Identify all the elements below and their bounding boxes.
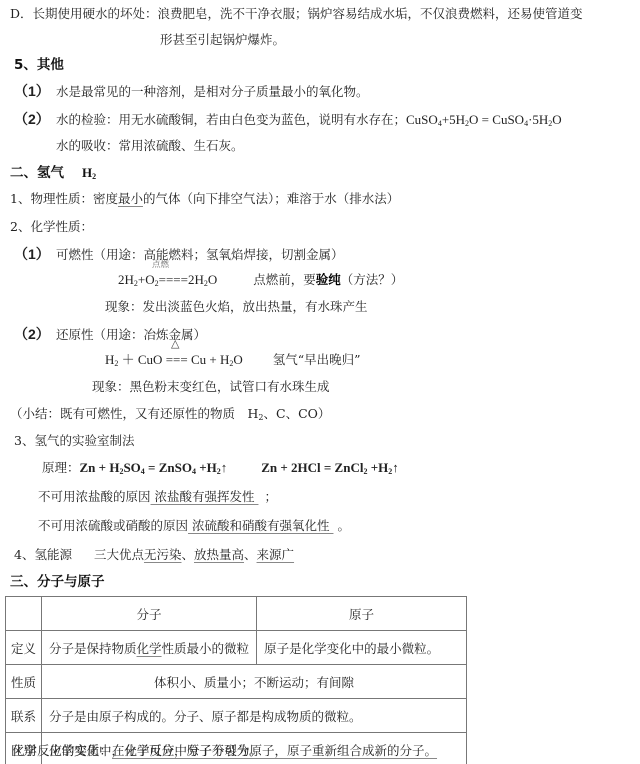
section-5-item-1: （1）水是最常见的一种溶剂，是相对分子质量最小的氧化物。 (14, 83, 369, 100)
relation-cell: 分子是由原子构成的。分子、原子都是构成物质的微粒。 (42, 699, 467, 733)
underlined-answer: 浓盐酸有强挥发性 (151, 489, 259, 504)
table-header-molecule: 分子 (42, 597, 257, 631)
table-row: 定义 分子是保持物质化学性质最小的微粒 原子是化学变化中的最小微粒。 (6, 631, 467, 665)
item-text: 水是最常见的一种溶剂，是相对分子质量最小的氧化物。 (56, 84, 369, 99)
physical-properties: 1、物理性质：密度最小的气体（向下排空气法）；难溶于水（排水法） (10, 191, 399, 207)
reduction-phenomenon: 现象：黑色粉末变红色，试管口有水珠生成 (92, 379, 330, 395)
atom-definition: 原子是化学变化中的最小微粒。 (257, 631, 467, 665)
reason-no-hcl: 不可用浓盐酸的原因 浓盐酸有强挥发性 ； (38, 489, 277, 505)
table-header-empty (6, 597, 42, 631)
table-header-atom: 原子 (257, 597, 467, 631)
row-label: 联系 (6, 699, 42, 733)
copper-sulfate-formula: CuSO4+5H2O = CuSO4·5H2O (406, 112, 562, 127)
hard-water-harm-line1: D．长期使用硬水的坏处：浪费肥皂，洗不干净衣服；锅炉容易结成水垢，不仅浪费燃料，… (10, 6, 583, 22)
purity-check-note: 点燃前，要验纯（方法？） (253, 272, 403, 287)
item-text: 可燃性（用途：高能燃料；氢氧焰焊接，切割金属） (56, 247, 344, 262)
hydrogen-energy-line: 4、氢能源三大优点无污染、放热量高、来源广 (14, 547, 294, 563)
heading-text: 二、氢气 (10, 165, 64, 181)
combustion-phenomenon: 现象：发出淡蓝色火焰，放出热量，有水珠产生 (105, 299, 368, 315)
properties-cell: 体积小、质量小；不断运动；有间隙 (42, 665, 467, 699)
chemical-properties-title: 2、化学性质： (10, 219, 93, 235)
table-row: 性质 体积小、质量小；不断运动；有间隙 (6, 665, 467, 699)
hydrogen-heading: 二、氢气H2 (10, 165, 96, 181)
molecule-atom-table: 分子 原子 定义 分子是保持物质化学性质最小的微粒 原子是化学变化中的最小微粒。… (5, 596, 467, 764)
reduction-note: 氢气“早出晚归” (273, 352, 361, 367)
row-label: 性质 (6, 665, 42, 699)
item-number: （2） (14, 111, 56, 127)
lab-prep-title: 3、氢气的实验室制法 (14, 433, 134, 449)
underlined-answer: 浓硫酸和硝酸有强氧化性 (188, 518, 333, 533)
lab-prep-principle: 原理：Zn + H2SO4 = ZnSO4 +H2↑Zn + 2HCl = Zn… (42, 460, 399, 476)
zinc-hydrochloric-acid-equation: Zn + 2HCl = ZnCl2 +H2↑ (261, 460, 399, 475)
underlined-term: 最小 (118, 191, 143, 206)
table-header-row: 分子 原子 (6, 597, 467, 631)
advantage-1: 无污染 (144, 547, 182, 562)
summary-line: （小结：既有可燃性，又有还原性的物质 H2、C、CO） (10, 406, 330, 422)
item-text: 水的检验：用无水硫酸铜，若由白色变为蓝色，说明有水存在； (56, 112, 406, 127)
reduction-equation-line: H2 ＋ CuO === Cu + H2O 氢气“早出晚归” (105, 352, 361, 368)
water-absorption: 水的吸收：常用浓硫酸、生石灰。 (56, 138, 244, 154)
combustion-equation-line: 2H2+O2====2H2O 点燃前，要验纯（方法？） (118, 272, 403, 288)
underlined-answer: 在化学反应中分子分裂为原子，原子重新组合成新的分子。 (112, 743, 437, 758)
advantage-2: 放热量高 (194, 547, 244, 562)
zinc-sulfuric-acid-equation: Zn + H2SO4 = ZnSO4 +H2↑ (80, 460, 228, 475)
advantage-3: 来源广 (257, 547, 295, 562)
section-5-item-2: （2）水的检验：用无水硫酸铜，若由白色变为蓝色，说明有水存在；CuSO4+5H2… (14, 111, 562, 128)
ignition-condition-label: 点燃 (152, 260, 169, 270)
reaction-essence: 化学反应的实质：在化学反应中分子分裂为原子，原子重新组合成新的分子。 (12, 743, 437, 759)
item-number: （2） (14, 326, 56, 342)
item-number: （1） (14, 246, 56, 262)
row-label: 定义 (6, 631, 42, 665)
heading-formula: H2 (82, 165, 96, 180)
heat-condition-triangle-icon: △ (171, 339, 179, 349)
combustibility-line: （1）可燃性（用途：高能燃料；氢氧焰焊接，切割金属） (14, 246, 344, 263)
hard-water-harm-line2: 形甚至引起锅炉爆炸。 (160, 32, 285, 48)
molecule-definition: 分子是保持物质化学性质最小的微粒 (42, 631, 257, 665)
reduction-equation: H2 ＋ CuO === Cu + H2O (105, 352, 243, 367)
reason-no-h2so4-hno3: 不可用浓硫酸或硝酸的原因 浓硫酸和硝酸有强氧化性 。 (38, 518, 350, 534)
item-number: （1） (14, 83, 56, 99)
section-5-heading: 5、其他 (14, 57, 64, 73)
table-row: 联系 分子是由原子构成的。分子、原子都是构成物质的微粒。 (6, 699, 467, 733)
molecules-atoms-heading: 三、分子与原子 (10, 574, 105, 590)
item-text: 还原性（用途：冶炼金属） (56, 327, 206, 342)
combustion-equation: 2H2+O2====2H2O (118, 272, 217, 287)
